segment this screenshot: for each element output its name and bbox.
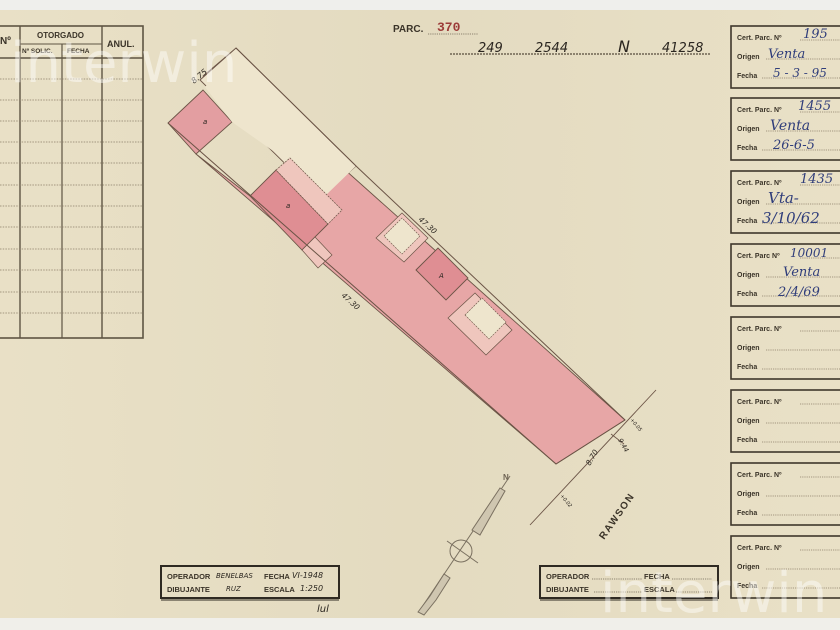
dim-corner-right: +0.05	[628, 417, 642, 433]
building-mark-a-1: a	[203, 118, 207, 126]
cadastral-plan-drawing: Nº OTORGADO Nº SOLIC. FECHA ANUL. PARC. …	[0, 0, 840, 630]
cert-box-5: Cert. Parc. Nº Origen Fecha	[737, 326, 782, 371]
dibujante-label: DIBUJANTE	[167, 585, 210, 594]
cert-value: 1435	[800, 172, 833, 187]
svg-text:N: N	[503, 473, 509, 482]
cert-box-7: Cert. Parc. Nº Origen Fecha	[737, 472, 782, 517]
dibujante-value: RUZ	[226, 585, 241, 593]
origen-label: Origen	[737, 54, 760, 61]
fecha-label: Fecha	[737, 364, 757, 371]
cert-label: Cert. Parc. Nº	[737, 545, 782, 552]
fecha-label: Fecha	[737, 218, 757, 225]
cert-box-1: Cert. Parc. Nº 195 Origen Venta Fecha 5 …	[737, 27, 828, 80]
parcel-label: PARC.	[393, 24, 424, 35]
north-arrow-icon: N	[418, 473, 510, 615]
dibujante-label: DIBUJANTE	[546, 585, 589, 594]
origen-label: Origen	[737, 418, 760, 425]
footer-left-box: OPERADOR BENELBAS FECHA VI-1948 DIBUJANT…	[161, 566, 339, 615]
handwritten-ref-3: N	[618, 37, 630, 56]
cert-label: Cert. Parc. Nº	[737, 35, 782, 42]
dim-front-rawson: 8.70	[584, 448, 600, 467]
cert-box-4: Cert. Parc Nº 10001 Origen Venta Fecha 2…	[737, 246, 828, 300]
cert-box-6: Cert. Parc. Nº Origen Fecha	[737, 399, 782, 444]
origen-label: Origen	[737, 272, 760, 279]
fecha-label: Fecha	[737, 437, 757, 444]
building-mark-A: A	[438, 272, 444, 280]
cert-label: Cert. Parc Nº	[737, 253, 780, 260]
fecha-label: Fecha	[737, 145, 757, 152]
fecha-value: 2/4/69	[777, 285, 820, 300]
cert-label: Cert. Parc. Nº	[737, 180, 782, 187]
fecha-value: 3/10/62	[762, 209, 820, 227]
escala-value: 1:250	[300, 584, 323, 593]
origen-value: Venta	[770, 118, 810, 134]
fecha-label: Fecha	[737, 73, 757, 80]
watermark-top: interwin	[10, 31, 237, 96]
cert-box-3: Cert. Parc. Nº 1435 Origen Vta- Fecha 3/…	[737, 172, 833, 227]
dim-corner-left: +0.02	[558, 493, 572, 509]
cert-value: 195	[803, 27, 828, 42]
origen-label: Origen	[737, 345, 760, 352]
origen-value: Venta	[768, 47, 805, 62]
origen-value: Venta	[783, 265, 820, 280]
origen-label: Origen	[737, 491, 760, 498]
dim-offset-front: 9.44	[616, 437, 630, 454]
origen-label: Origen	[737, 126, 760, 133]
operador-label: OPERADOR	[546, 572, 590, 581]
building-mark-a-2: a	[286, 202, 290, 210]
operador-value: BENELBAS	[216, 572, 253, 580]
initials: lul	[317, 604, 329, 615]
origen-value: Vta-	[768, 189, 799, 207]
parcel-number: 370	[437, 20, 461, 35]
fecha-label: Fecha	[737, 291, 757, 298]
cert-value: 10001	[790, 246, 828, 260]
handwritten-ref-2: 2544	[535, 41, 568, 56]
origen-label: Origen	[737, 199, 760, 206]
cert-label: Cert. Parc. Nº	[737, 326, 782, 333]
fecha-value: 5 - 3 - 95	[773, 66, 827, 80]
handwritten-ref-4: 41258	[662, 41, 703, 56]
cert-box-2: Cert. Parc. Nº 1455 Origen Venta Fecha 2…	[737, 99, 831, 153]
fecha-label: FECHA	[264, 572, 290, 581]
fecha-value: VI-1948	[292, 571, 323, 580]
cert-label: Cert. Parc. Nº	[737, 472, 782, 479]
fecha-value: 26-6-5	[772, 138, 815, 153]
watermark-bottom: interwin	[600, 561, 827, 626]
handwritten-ref-1: 249	[478, 41, 503, 56]
cert-label: Cert. Parc. Nº	[737, 399, 782, 406]
cert-label: Cert. Parc. Nº	[737, 107, 782, 114]
street-name: RAWSON	[597, 491, 637, 542]
escala-label: ESCALA	[264, 585, 295, 594]
cert-value: 1455	[798, 99, 831, 114]
fecha-label: Fecha	[737, 510, 757, 517]
parcel-plan: a a A 8.75 47.30 47.30 8.70 9.44 +0.05 +…	[168, 48, 656, 542]
operador-label: OPERADOR	[167, 572, 211, 581]
